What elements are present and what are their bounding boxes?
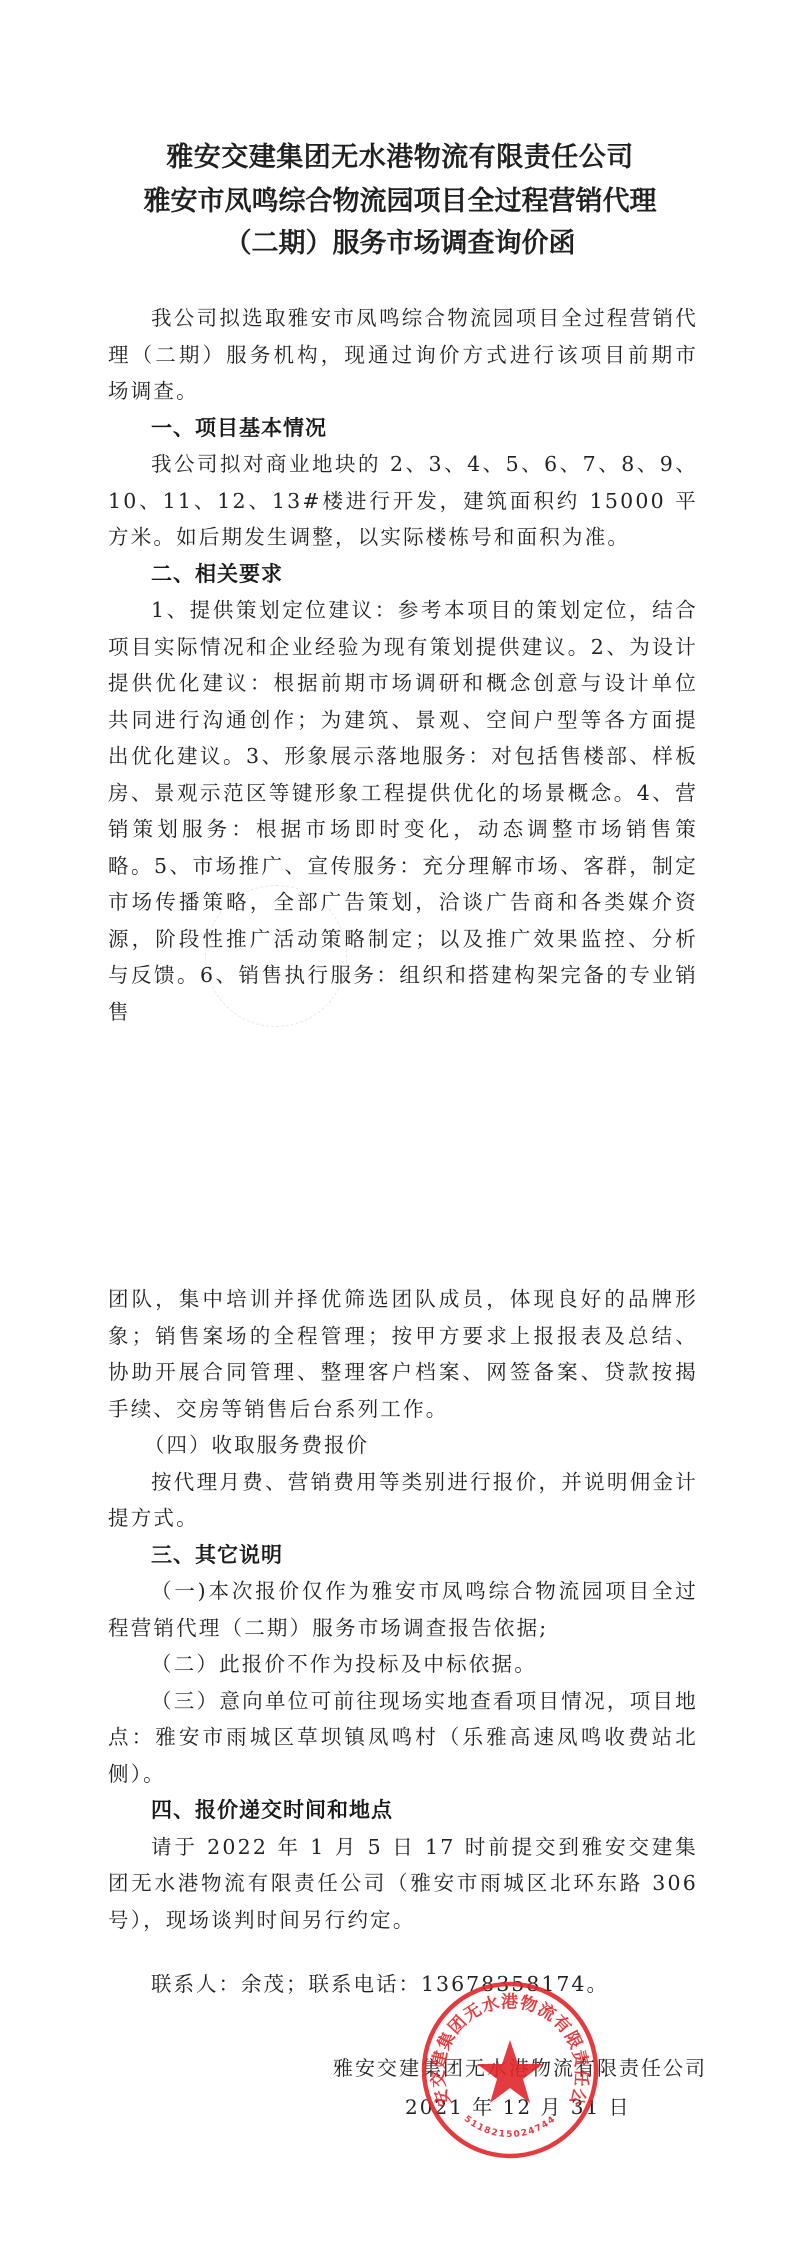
signature-date: 2021 年 12 月 31 日 xyxy=(405,2091,631,2120)
svg-text:雅安交建集团无水港物流有限责任公司: 雅安交建集团无水港物流有限责任公司 xyxy=(418,1978,592,2109)
subsection-fee-quote-paragraph: 按代理月费、营销费用等类别进行报价，并说明佣金计提方式。 xyxy=(108,1464,698,1537)
section-heading-1: 一、项目基本情况 xyxy=(108,410,698,447)
section-1-paragraph: 我公司拟对商业地块的 2、3、4、5、6、7、8、9、10、11、12、13#楼… xyxy=(108,446,698,556)
section-3-item-2: （二）此报价不作为投标及中标依据。 xyxy=(108,1646,698,1683)
body-part-1: 我公司拟选取雅安市凤鸣综合物流园项目全过程营销代理（二期）服务机构，现通过询价方… xyxy=(108,300,698,1030)
section-2-paragraph-a: 1、提供策划定位建议：参考本项目的策划定位，结合项目实际情况和企业经验为现有策划… xyxy=(108,592,698,1030)
title-line-subject: （二期）服务市场调查询价函 xyxy=(0,224,800,264)
section-2-paragraph-b: 团队，集中培训并择优筛选团队成员，体现良好的品牌形象；销售案场的全程管理；按甲方… xyxy=(108,1281,698,1427)
section-heading-2: 二、相关要求 xyxy=(108,556,698,593)
section-3-item-3: （三）意向单位可前往现场实地查看项目情况，项目地点：雅安市雨城区草坝镇凤鸣村（乐… xyxy=(108,1683,698,1793)
seal-ring-text: 雅安交建集团无水港物流有限责任公司 xyxy=(418,1978,592,2109)
document-page: 雅安交建集团无水港物流有限责任公司 雅安市凤鸣综合物流园项目全过程营销代理 （二… xyxy=(0,0,800,2261)
contact-line: 联系人：余茂；联系电话：13678358174。 xyxy=(151,1967,609,1997)
title-line-company: 雅安交建集团无水港物流有限责任公司 xyxy=(0,136,800,180)
section-4-paragraph: 请于 2022 年 1 月 5 日 17 时前提交到雅安交建集团无水港物流有限责… xyxy=(108,1829,698,1939)
document-title: 雅安交建集团无水港物流有限责任公司 雅安市凤鸣综合物流园项目全过程营销代理 （二… xyxy=(0,136,800,264)
body-part-2: 团队，集中培训并择优筛选团队成员，体现良好的品牌形象；销售案场的全程管理；按甲方… xyxy=(108,1281,698,1938)
subsection-heading-fee-quote: （四）收取服务费报价 xyxy=(108,1427,698,1464)
title-line-project: 雅安市凤鸣综合物流园项目全过程营销代理 xyxy=(0,180,800,224)
section-heading-4: 四、报价递交时间和地点 xyxy=(108,1792,698,1829)
section-heading-3: 三、其它说明 xyxy=(108,1537,698,1574)
signature-organization: 雅安交建集团无水港物流有限责任公司 xyxy=(333,2052,707,2081)
intro-paragraph: 我公司拟选取雅安市凤鸣综合物流园项目全过程营销代理（二期）服务机构，现通过询价方… xyxy=(108,300,698,410)
section-3-item-1: （一)本次报价仅作为雅安市凤鸣综合物流园项目全过程营销代理（二期）服务市场调查报… xyxy=(108,1573,698,1646)
